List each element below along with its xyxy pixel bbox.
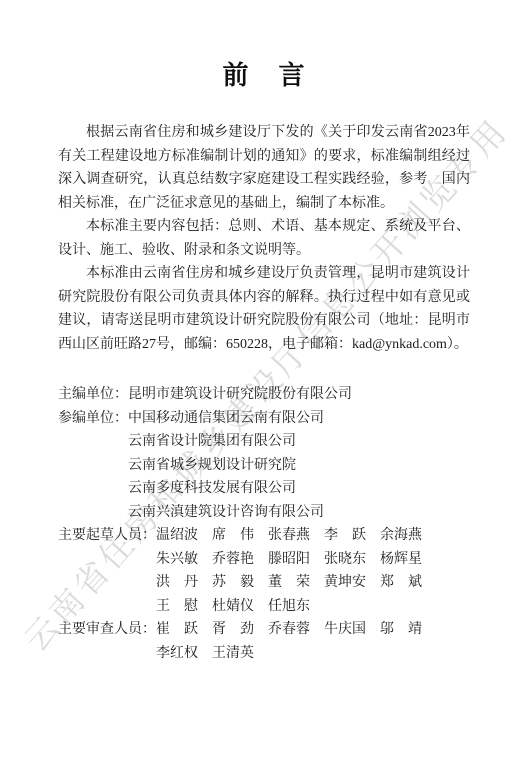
chief-editor-unit-name: 昆明市建筑设计研究院股份有限公司 [128,383,470,407]
blank-line [58,356,470,383]
paragraph-management: 本标准由云南省住房和城乡建设厅负责管理，昆明市建筑设计研究院股份有限公司负责具体… [58,262,470,356]
paragraph-contents: 本标准主要内容包括：总则、术语、基本规定、系统及平台、设计、施工、验收、附录和条… [58,215,470,262]
document-page: 云南省住房和城乡建设厅信息公开浏览专用 前 言 根据云南省住房和城乡建设厅下发的… [0,0,529,767]
drafters-line: 温绍波 席 伟 张春燕 李 跃 余海燕 [156,524,470,548]
chief-editor-unit-row: 主编单位： 昆明市建筑设计研究院股份有限公司 [58,383,470,407]
drafters-line: 朱兴敏 乔蓉艳 滕昭阳 张晓东 杨辉星 [156,548,470,572]
participating-unit: 云南兴滇建筑设计咨询有限公司 [128,501,470,525]
reviewers-row: 主要审查人员： 崔 跃 胥 劲 乔春蓉 牛庆国 邬 靖 李红权 王清英 [58,618,470,665]
drafters-label: 主要起草人员： [58,524,156,548]
chief-editor-unit-label: 主编单位： [58,383,128,407]
participating-unit: 中国移动通信集团云南有限公司 [128,407,470,431]
foreword-content: 根据云南省住房和城乡建设厅下发的《关于印发云南省2023年有关工程建设地方标准编… [0,121,529,665]
participating-unit: 云南省城乡规划设计研究院 [128,454,470,478]
reviewers-line: 崔 跃 胥 劲 乔春蓉 牛庆国 邬 靖 [156,618,470,642]
drafters-line: 洪 丹 苏 毅 董 荣 黄坤安 郑 斌 [156,571,470,595]
participating-unit: 云南多度科技发展有限公司 [128,477,470,501]
drafters-line: 王 慰 杜婧仪 任旭东 [156,595,470,619]
drafters-row: 主要起草人员： 温绍波 席 伟 张春燕 李 跃 余海燕 朱兴敏 乔蓉艳 滕昭阳 … [58,524,470,618]
reviewers-line: 李红权 王清英 [156,642,470,666]
paragraph-basis: 根据云南省住房和城乡建设厅下发的《关于印发云南省2023年有关工程建设地方标准编… [58,121,470,215]
participating-units-label: 参编单位： [58,407,128,431]
reviewers-label: 主要审查人员： [58,618,156,642]
page-title: 前 言 [0,58,529,92]
participating-unit: 云南省设计院集团有限公司 [128,430,470,454]
participating-units-row: 参编单位： 中国移动通信集团云南有限公司 云南省设计院集团有限公司 云南省城乡规… [58,407,470,525]
